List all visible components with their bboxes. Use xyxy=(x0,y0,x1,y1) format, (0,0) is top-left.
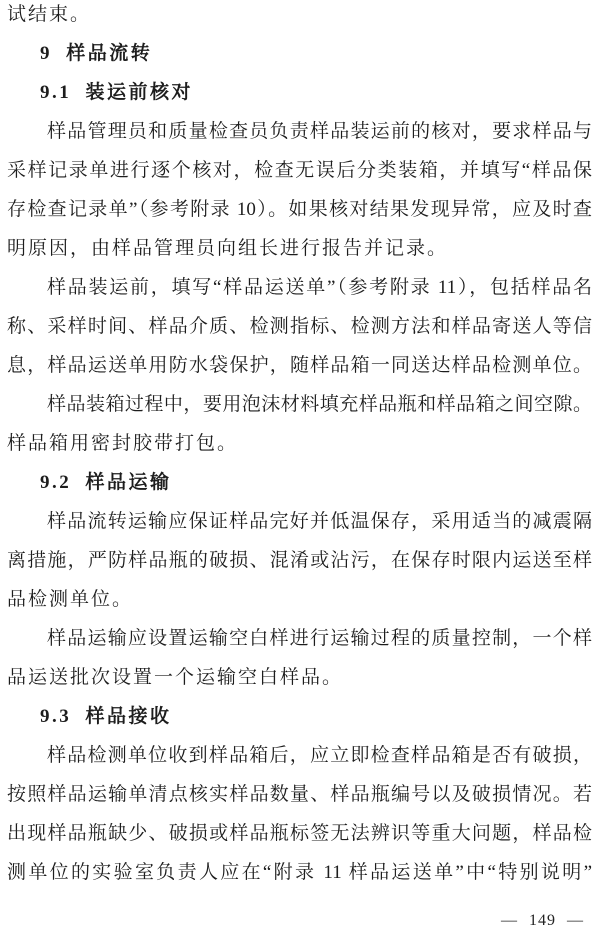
body-text-line: 样品装运前，填写“样品运送单”（参考附录 11），包括样品名 xyxy=(7,268,592,307)
section-heading: 9.2 样品运输 xyxy=(40,463,592,502)
body-text-line: 存检查记录单”（参考附录 10）。如果核对结果发现异常，应及时查 xyxy=(7,190,592,229)
body-text-line: 称、采样时间、样品介质、检测指标、检测方法和样品寄送人等信 xyxy=(7,307,592,346)
body-text-line: 出现样品瓶缺少、破损或样品瓶标签无法辨识等重大问题，样品检 xyxy=(7,814,592,853)
section-heading: 9.1 装运前核对 xyxy=(40,73,592,112)
body-text-line: 按照样品运输单清点核实样品数量、样品瓶编号以及破损情况。若 xyxy=(7,775,592,814)
body-text-line: 测单位的实验室负责人应在“附录 11 样品运送单”中“特别说明” xyxy=(7,853,592,892)
body-text-line: 息，样品运送单用防水袋保护，随样品箱一同送达样品检测单位。 xyxy=(7,346,592,385)
body-text-line: 样品装箱过程中，要用泡沫材料填充样品瓶和样品箱之间空隙。 xyxy=(7,385,592,424)
body-text-line: 样品检测单位收到样品箱后，应立即检查样品箱是否有破损， xyxy=(7,736,592,775)
body-text-line: 品检测单位。 xyxy=(7,580,592,619)
body-text-line: 样品箱用密封胶带打包。 xyxy=(7,424,592,463)
body-text-line: 样品流转运输应保证样品完好并低温保存，采用适当的减震隔 xyxy=(7,502,592,541)
page-number: — 149 — xyxy=(501,912,584,929)
section-heading: 9 样品流转 xyxy=(40,34,592,73)
body-text-line: 样品管理员和质量检查员负责样品装运前的核对，要求样品与 xyxy=(7,112,592,151)
body-text-line: 明原因，由样品管理员向组长进行报告并记录。 xyxy=(7,229,592,268)
body-text-line: 样品运输应设置运输空白样进行运输过程的质量控制，一个样 xyxy=(7,619,592,658)
body-text-line: 离措施，严防样品瓶的破损、混淆或沾污，在保存时限内运送至样 xyxy=(7,541,592,580)
section-heading: 9.3 样品接收 xyxy=(40,697,592,736)
document-page: 试结束。9 样品流转9.1 装运前核对样品管理员和质量检查员负责样品装运前的核对… xyxy=(0,0,600,939)
body-text-line: 试结束。 xyxy=(7,0,592,34)
text-column: 试结束。9 样品流转9.1 装运前核对样品管理员和质量检查员负责样品装运前的核对… xyxy=(7,0,592,892)
body-text-line: 品运送批次设置一个运输空白样品。 xyxy=(7,658,592,697)
body-text-line: 采样记录单进行逐个核对，检查无误后分类装箱，并填写“样品保 xyxy=(7,151,592,190)
page-footer: — 149 — xyxy=(501,912,584,930)
